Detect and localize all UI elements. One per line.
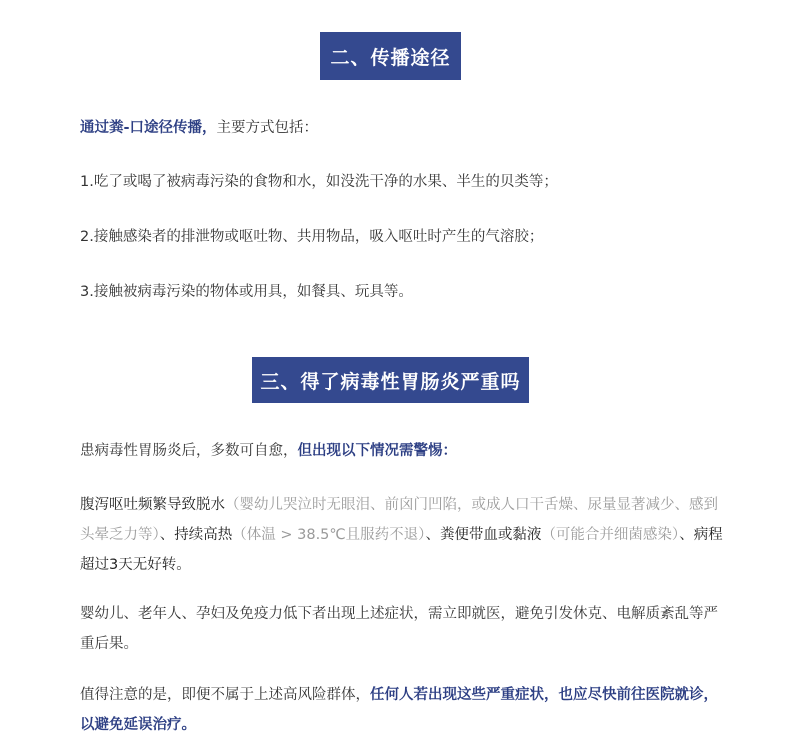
intro-text: 主要方式包括：: [217, 120, 319, 136]
intro-highlight: 通过粪-口途径传播，: [80, 120, 217, 136]
separator: 、: [425, 527, 440, 543]
separator: 、: [160, 527, 175, 543]
heading-text: 二、传播途径: [330, 43, 450, 70]
symptom-fever: 持续高热: [174, 527, 232, 543]
separator: 、: [679, 527, 694, 543]
transmission-intro: 通过粪-口途径传播，主要方式包括：: [80, 113, 730, 143]
transmission-item-1: 1.吃了或喝了被病毒污染的食物和水，如没洗干净的水果、半生的贝类等；: [80, 167, 730, 197]
symptom-bloody-stool-note: （可能合并细菌感染）: [541, 527, 679, 543]
severity-intro: 患病毒性胃肠炎后，多数可自愈，但出现以下情况需警惕：: [80, 436, 730, 466]
symptom-dehydration: 腹泻呕吐频繁导致脱水: [80, 497, 225, 513]
note-text: 值得注意的是，即便不属于上述高风险群体，: [80, 687, 370, 703]
transmission-item-3: 3.接触被病毒污染的物体或用具，如餐具、玩具等。: [80, 277, 730, 307]
section-heading-severity: 三、得了病毒性胃肠炎严重吗: [252, 357, 529, 403]
note-paragraph: 值得注意的是，即便不属于上述高风险群体，任何人若出现这些严重症状，也应尽快前往医…: [80, 680, 730, 740]
risk-groups-paragraph: 婴幼儿、老年人、孕妇及免疫力低下者出现上述症状，需立即就医，避免引发休克、电解质…: [80, 599, 730, 659]
intro-highlight: 但出现以下情况需警惕：: [298, 443, 458, 459]
intro-text: 患病毒性胃肠炎后，多数可自愈，: [80, 443, 298, 459]
symptoms-paragraph: 腹泻呕吐频繁导致脱水（婴幼儿哭泣时无眼泪、前囟门凹陷，或成人口干舌燥、尿量显著减…: [80, 490, 730, 580]
heading-text: 三、得了病毒性胃肠炎严重吗: [260, 367, 520, 394]
symptom-bloody-stool: 粪便带血或黏液: [440, 527, 542, 543]
symptom-fever-note: （体温 > 38.5℃且服药不退）: [232, 527, 425, 543]
section-heading-transmission: 二、传播途径: [320, 32, 461, 80]
transmission-item-2: 2.接触感染者的排泄物或呕吐物、共用物品，吸入呕吐时产生的气溶胶；: [80, 222, 730, 252]
